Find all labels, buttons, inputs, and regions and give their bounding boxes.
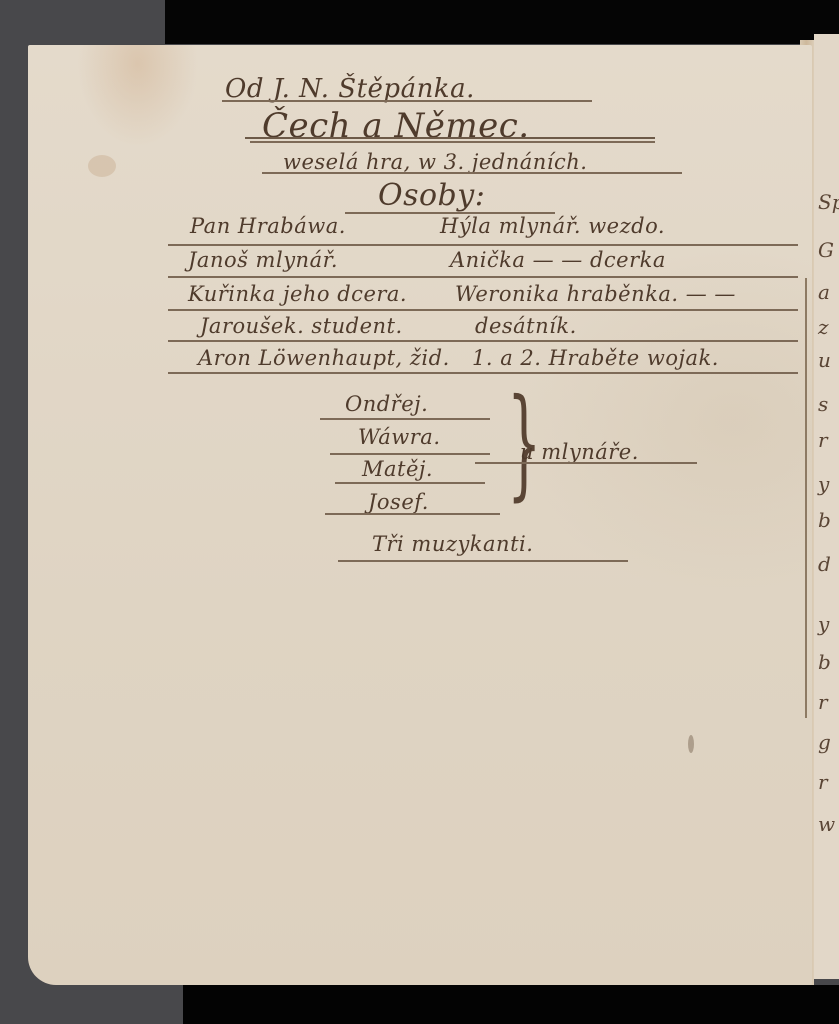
facing-text-6: s xyxy=(818,392,828,416)
facing-text-11: y xyxy=(818,612,829,636)
facing-text-3: a xyxy=(818,280,830,304)
cast-rule-2 xyxy=(168,276,798,278)
servant-1: Ondřej. xyxy=(345,392,428,416)
cast-rule-1 xyxy=(168,244,798,246)
scanner-backdrop-top xyxy=(165,0,839,44)
cast-left-1: Pan Hrabáwa. xyxy=(190,214,346,238)
cast-right-4: desátník. xyxy=(475,314,577,338)
facing-text-4: z xyxy=(818,315,829,339)
facing-page-edge xyxy=(814,34,839,979)
servant-rule-4 xyxy=(325,513,500,515)
foxing-stain xyxy=(688,735,694,753)
play-title: Čech a Němec. xyxy=(262,106,530,146)
foxing-stain xyxy=(88,155,116,177)
title-underline xyxy=(245,137,655,139)
servant-3: Matěj. xyxy=(362,457,433,481)
binding-thread xyxy=(805,278,807,718)
cast-left-2: Janoš mlynář. xyxy=(188,248,338,272)
facing-text-12: b xyxy=(818,650,831,674)
cast-right-3: Weronika hraběnka. — — xyxy=(455,282,736,306)
cast-heading: Osoby: xyxy=(378,178,485,213)
cast-right-5: 1. a 2. Hraběte wojak. xyxy=(472,346,719,370)
servant-2: Wáwra. xyxy=(358,425,441,449)
servant-rule-1 xyxy=(320,418,490,420)
servant-rule-3 xyxy=(335,482,485,484)
facing-text-7: r xyxy=(818,428,828,452)
author-underline xyxy=(222,100,592,102)
facing-text-5: u xyxy=(818,348,831,372)
facing-text-1: Sp xyxy=(818,190,839,214)
bracket-label-rule xyxy=(475,462,697,464)
facing-text-15: r xyxy=(818,770,828,794)
musicians-underline xyxy=(338,560,628,562)
cast-left-5: Aron Löwenhaupt, žid. xyxy=(198,346,450,370)
cast-rule-4 xyxy=(168,340,798,342)
cast-right-1: Hýla mlynář. wezdo. xyxy=(440,214,665,238)
subtitle-underline xyxy=(262,172,682,174)
title-underline-2 xyxy=(250,141,655,143)
servant-rule-2 xyxy=(330,453,490,455)
facing-text-16: w xyxy=(818,812,835,836)
facing-text-10: d xyxy=(818,552,831,576)
facing-text-13: r xyxy=(818,690,828,714)
facing-text-9: b xyxy=(818,508,831,532)
cast-left-3: Kuřinka jeho dcera. xyxy=(188,282,407,306)
servants-bracket-label: u mlynáře. xyxy=(520,440,639,464)
play-subtitle: weselá hra, w 3. jednáních. xyxy=(283,150,587,174)
musicians-line: Tři muzykanti. xyxy=(372,532,533,556)
cast-rule-3 xyxy=(168,309,798,311)
servant-4: Josef. xyxy=(368,490,429,514)
cast-right-2: Anička — — dcerka xyxy=(450,248,666,272)
scanner-backdrop-bottom xyxy=(183,985,839,1024)
facing-text-8: y xyxy=(818,472,829,496)
facing-text-2: G xyxy=(818,238,834,262)
cast-rule-5 xyxy=(168,372,798,374)
cast-left-4: Jaroušek. student. xyxy=(200,314,403,338)
facing-text-14: g xyxy=(818,730,831,754)
